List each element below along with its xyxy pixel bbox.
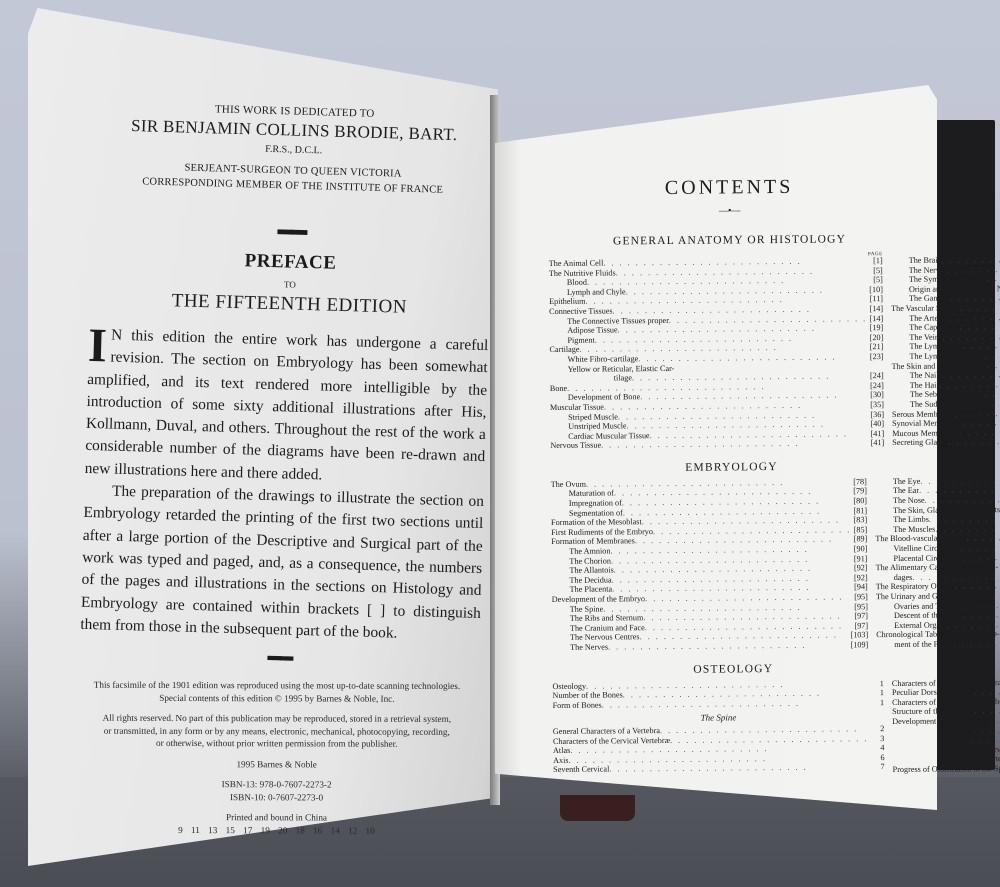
toc-entry-page: 4: [868, 743, 884, 753]
leader-dots: [984, 387, 1000, 399]
toc-entry-label: Vitelline Circulation: [893, 543, 960, 553]
toc-entry-page: 1: [868, 698, 884, 708]
toc-entry: The Lymphatic Glands62: [891, 349, 1000, 362]
toc-entry: The Sebaceous Glands71: [892, 387, 1000, 400]
leader-dots: [947, 618, 1000, 630]
toc-entry-label: Placental Circulation: [893, 553, 962, 563]
toc-entry-label: Bone: [550, 384, 567, 394]
toc-entry-page: 24: [868, 381, 884, 391]
toc-entry: Structure of the Vertebræ11: [892, 704, 1000, 717]
toc-entry-page: 24: [868, 371, 884, 381]
leader-dots: [992, 397, 1000, 409]
toc-entry-page: 35: [868, 400, 884, 410]
ornament-divider: ▬▬: [91, 216, 491, 245]
toc-entry-label: Maturation of: [569, 489, 614, 499]
imprint-rights-2: or transmitted, in any form or by any me…: [77, 724, 477, 738]
toc-entry-label: The Veins: [909, 332, 942, 342]
toc-entry-label: Osteology: [552, 681, 586, 691]
toc-entry: Origin and Termination of Nerves49: [891, 282, 1000, 295]
print-numbers: 9 11 13 15 17 19 20 18 16 14 12 10: [76, 823, 476, 837]
toc-entry-page: 10: [867, 285, 883, 295]
toc-column: The Ovum78Maturation of79Impregnation of…: [551, 477, 869, 652]
toc-entry-page: 7: [869, 762, 885, 772]
left-page-content: THIS WORK IS DEDICATED TO SIR BENJAMIN C…: [75, 100, 495, 842]
toc-entry-label: Unstriped Muscle: [568, 421, 627, 431]
toc-entry-page: 90: [851, 544, 867, 554]
preface-body: IN this edition the entire work has unde…: [80, 324, 489, 647]
toc-entry-label: The Ear: [893, 486, 919, 496]
toc-entry: The Vascular System55: [891, 301, 1000, 314]
leader-dots: [955, 407, 1000, 419]
toc-entry-page: 20: [867, 333, 883, 343]
toc-entry-label: The Allantois: [569, 566, 613, 576]
leader-dots: [987, 359, 1000, 371]
toc-entry: Seventh Cervical13: [892, 743, 1000, 756]
toc-entry-label: The Amnion: [569, 547, 610, 557]
toc-entry-label: Impregnation of: [569, 498, 622, 508]
toc-entry: Form of Bones1: [553, 698, 885, 710]
toc-entry-page: 89: [851, 535, 867, 545]
toc-entry: Seventh Cervical7: [553, 762, 885, 774]
imprint-rights-1: All rights reserved. No part of this pub…: [77, 712, 477, 726]
toc-entry-label: Synovial Membranes: [892, 418, 962, 428]
leader-dots: [920, 474, 1000, 486]
toc-entry-page: 83: [851, 515, 867, 525]
toc-entry-label: tilage: [614, 373, 632, 383]
toc-entry-label: The Lymphatics: [909, 342, 962, 352]
leader-dots: [964, 609, 1000, 621]
toc-entry: Peculiar Dorsal Vertebræ9: [892, 685, 1000, 698]
toc-entry-label: White Fibro-cartilage: [568, 354, 639, 364]
leader-dots: [964, 599, 1000, 611]
toc-entry-label: The Ganglia: [909, 294, 950, 304]
toc-entry-page: 1: [867, 256, 883, 266]
leader-dots: [638, 352, 867, 364]
preface-heading: PREFACE: [90, 246, 490, 279]
toc-entry: Mucous Membranes75: [892, 426, 1000, 439]
leader-dots: [966, 532, 1000, 544]
toc-entry-page: 91: [851, 554, 867, 564]
toc-entry-label: Lumbar Vertebræ: [957, 754, 1000, 764]
toc-entry-label: The Chorion: [569, 556, 611, 566]
toc-entry-page: 30: [868, 390, 884, 400]
leader-dots: [974, 724, 1000, 736]
leader-dots: [947, 263, 1000, 275]
toc-entry-page: 40: [868, 419, 884, 429]
leader-dots: [989, 714, 1000, 726]
leader-dots: [993, 589, 1000, 600]
toc-entry-label: Blood: [567, 278, 587, 288]
imprint-facsimile-1: This facsimile of the 1901 edition was r…: [77, 679, 477, 693]
toc-entry-page: 19: [867, 323, 883, 333]
toc-entry: Secreting Glands75: [892, 435, 1000, 448]
toc-entry-page: 94: [852, 583, 868, 593]
leader-dots: [948, 435, 1000, 447]
imprint: This facsimile of the 1901 edition was r…: [76, 679, 477, 837]
toc-column: Characters of the Dorsal Vertebræ7Peculi…: [892, 676, 1000, 775]
leader-dots: [962, 339, 1000, 351]
toc-entry: The Hair70: [892, 378, 1000, 391]
toc-entry-label: Atlas: [553, 746, 570, 756]
toc-entry-page: 41: [868, 438, 884, 448]
toc-entry-label: Progress of Ossification in the Spine: [893, 764, 1000, 775]
toc-entry-label: Secreting Glands: [892, 438, 948, 448]
toc-column: PAGEThe Animal Cell1The Nutritive Fluids…: [549, 250, 885, 451]
toc-entry-page: 36: [868, 410, 884, 420]
toc-column: PAGEThe Brain47The Nerves47The Sympathet…: [891, 247, 1000, 448]
leader-dots: [962, 551, 1000, 563]
toc-entry-page: 5: [867, 275, 883, 285]
ornament-end: ▬▬: [79, 644, 479, 671]
toc-entry-label: ment of the Fœtus: [894, 639, 953, 649]
toc-entry: Progress of Ossification in the Spine13: [893, 762, 1000, 775]
leader-dots: [985, 349, 1000, 361]
toc-entry-page: 6: [868, 753, 884, 763]
toc-entry-label: Axis: [956, 735, 972, 745]
toc-entry-label: The Muscles: [893, 524, 935, 534]
toc-entry-page: 109: [850, 640, 868, 650]
toc-entry-label: Nervous Tissue: [550, 441, 601, 451]
leader-dots: [942, 330, 1000, 342]
toc-entry-label: Descent of the Testes: [894, 611, 964, 621]
toc-entry-label: dages: [894, 573, 913, 583]
toc-entry-label: The Spine: [570, 604, 604, 614]
toc-entry-page: 80: [851, 496, 867, 506]
toc-entry: The Sudoriferous Glands72: [892, 397, 1000, 410]
toc-entry: The Veins59: [891, 330, 1000, 343]
toc-entry-label: Lymph and Chyle: [567, 287, 626, 297]
toc-entry-label: Serous Membranes: [892, 409, 955, 419]
toc-entry-page: 79: [851, 487, 867, 497]
leader-dots: [959, 426, 1000, 438]
contents-title: CONTENTS: [548, 175, 910, 201]
leader-dots: [929, 513, 1000, 525]
toc-entry-page: 14: [867, 314, 883, 324]
toc-entry-page: 3: [868, 734, 884, 744]
toc-entry-label: The Hair: [910, 380, 939, 390]
toc-entry: Synovial Membranes74: [892, 416, 1000, 429]
toc-entry-page: 2: [868, 724, 884, 734]
leader-dots: [962, 416, 1000, 428]
toc-entry-label: Epithelium: [549, 297, 585, 307]
leader-dots: [974, 685, 1000, 697]
toc-entry-label: Seventh Cervical: [956, 745, 1000, 755]
drop-cap: I: [88, 326, 108, 367]
toc-section-title: EMBRYOLOGY: [550, 460, 912, 475]
toc-entry: The Lymphatics60: [891, 339, 1000, 352]
toc-entry-page: 1: [868, 679, 884, 689]
leader-dots: [925, 493, 1000, 505]
toc-entry: The Nerves47: [891, 263, 1000, 276]
toc-entry: Axis13: [892, 733, 1000, 746]
toc-entry-label: The Vascular System: [891, 303, 960, 313]
toc-entry-page: 81: [851, 506, 867, 516]
toc-entry-page: 97: [852, 611, 868, 621]
toc-entry-page: 78: [851, 477, 867, 487]
toc-entry-label: The Nerves: [570, 642, 608, 652]
toc-entry-label: The Brain: [909, 256, 942, 266]
leader-dots: [942, 253, 1000, 265]
table-of-contents: GENERAL ANATOMY OR HISTOLOGYPAGEThe Anim…: [549, 233, 916, 788]
leader-dots: [912, 570, 1000, 582]
toc-entry-label: Atlas: [956, 726, 973, 736]
toc-entry: ment of the Fœtus147: [876, 637, 1000, 650]
preface-paragraph-2: The preparation of the drawings to illus…: [80, 480, 484, 647]
toc-entry-label: Adipose Tissue: [567, 326, 617, 336]
toc-entry-page: 85: [851, 525, 867, 535]
preface-paragraph-1: IN this edition the entire work has unde…: [84, 324, 488, 491]
leader-dots: [960, 541, 1000, 553]
toc-entry-label: The Animal Cell: [549, 259, 604, 269]
toc-entry-page: 5: [867, 266, 883, 276]
toc-columns: Osteology1Number of the Bones1Form of Bo…: [552, 678, 915, 777]
toc-entry: Development of the Vertebræ11: [892, 714, 1000, 727]
toc-entry-label: The Eye: [893, 477, 921, 487]
toc-entry: Characters of the Lumbar Vertebræ9: [892, 695, 1000, 708]
toc-entry-label: Striped Muscle: [568, 412, 618, 422]
toc-entry-label: Mucous Membranes: [892, 428, 959, 438]
toc-entry-label: The Nervous Centres: [570, 633, 640, 643]
toc-entry-page: 103: [850, 631, 868, 641]
toc-entry-label: Form of Bones: [553, 700, 602, 710]
toc-entry-page: 95: [852, 602, 868, 612]
leader-dots: [942, 368, 1000, 380]
toc-entry-page: 97: [852, 621, 868, 631]
toc-entry-label: The Nerves: [909, 265, 947, 275]
toc-entry: The Ganglia54: [891, 291, 1000, 304]
toc-entry-label: The Nails: [910, 371, 942, 381]
toc-entry: The Capillaries57: [891, 320, 1000, 333]
toc-entry-page: 41: [868, 429, 884, 439]
leader-dots: [602, 698, 868, 710]
toc-entry-label: The Limbs: [893, 515, 929, 525]
leader-dots: [954, 637, 1000, 649]
toc-entry-label: Axis: [553, 756, 569, 766]
contents-ornament: —•—: [548, 204, 910, 218]
toc-entry: Lumbar Vertebræ13: [893, 752, 1000, 765]
toc-entry-label: Seventh Cervical: [553, 765, 609, 775]
toc-entry-label: Segmentation of: [569, 508, 623, 518]
leader-dots: [960, 301, 1000, 313]
toc-entry-label: The Nose: [893, 496, 925, 506]
toc-entry-page: 1: [868, 688, 884, 698]
toc-entry-label: The Decidua: [569, 575, 611, 585]
toc-entry-label: Muscular Tissue: [550, 402, 604, 412]
leader-dots: [972, 733, 1000, 745]
toc-entry: Serous Membranes73: [892, 407, 1000, 420]
leader-dots: [950, 292, 1000, 304]
toc-entry-page: 11: [867, 294, 883, 304]
toc-entry-label: The Placenta: [570, 585, 613, 595]
toc-column: Osteology1Number of the Bones1Form of Bo…: [552, 679, 884, 778]
toc-columns: The Ovum78Maturation of79Impregnation of…: [551, 477, 914, 653]
toc-entry-label: The Nutritive Fluids: [549, 268, 616, 278]
leader-dots: [954, 580, 1000, 592]
toc-entry-page: 21: [867, 342, 883, 352]
leader-dots: [987, 272, 1000, 284]
toc-entry-page: 92: [852, 563, 868, 573]
toc-entry-label: Cartilage: [549, 345, 579, 355]
toc-entry: The Brain47: [891, 253, 1000, 266]
leader-dots: [950, 311, 1000, 323]
toc-column: The Eye111The Ear114The Nose116The Skin,…: [875, 474, 1000, 650]
contents-page: CONTENTS —•— GENERAL ANATOMY OR HISTOLOG…: [548, 175, 915, 788]
toc-entry-label: Number of the Bones: [552, 691, 622, 701]
toc-entry-label: Connective Tissues: [549, 306, 613, 316]
leader-dots: [609, 763, 868, 775]
toc-entry: The Sympathetic Nerve48: [891, 272, 1000, 285]
toc-subheading: The Spine: [553, 712, 885, 724]
toc-entry-page: 95: [852, 592, 868, 602]
toc-entry-label: The Arteries: [909, 313, 950, 323]
toc-entry-page: 23: [867, 352, 883, 362]
toc-entry-label: External Organs: [894, 620, 947, 630]
leader-dots: [935, 522, 1000, 534]
bookmark-ribbon: [560, 795, 635, 821]
toc-entry-page: 92: [852, 573, 868, 583]
toc-section-title: OSTEOLOGY: [552, 661, 914, 676]
toc-entry-label: The Ovum: [551, 480, 586, 490]
toc-entry-label: The Capillaries: [909, 323, 959, 333]
toc-entry-label: Pigment: [567, 335, 594, 345]
toc-entry-label: Ovaries and Testicles: [894, 601, 964, 611]
toc-entry: Characters of the Dorsal Vertebræ7: [892, 676, 1000, 689]
leader-dots: [959, 320, 1000, 332]
toc-columns: PAGEThe Animal Cell1The Nutritive Fluids…: [549, 250, 913, 451]
leader-dots: [974, 705, 1000, 717]
leader-dots: [939, 378, 1000, 390]
toc-entry-page: 14: [867, 304, 883, 314]
toc-section-title: GENERAL ANATOMY OR HISTOLOGY: [549, 233, 911, 248]
toc-entry: The Skin and its Appendages65: [892, 359, 1000, 372]
leader-dots: [919, 484, 1000, 496]
